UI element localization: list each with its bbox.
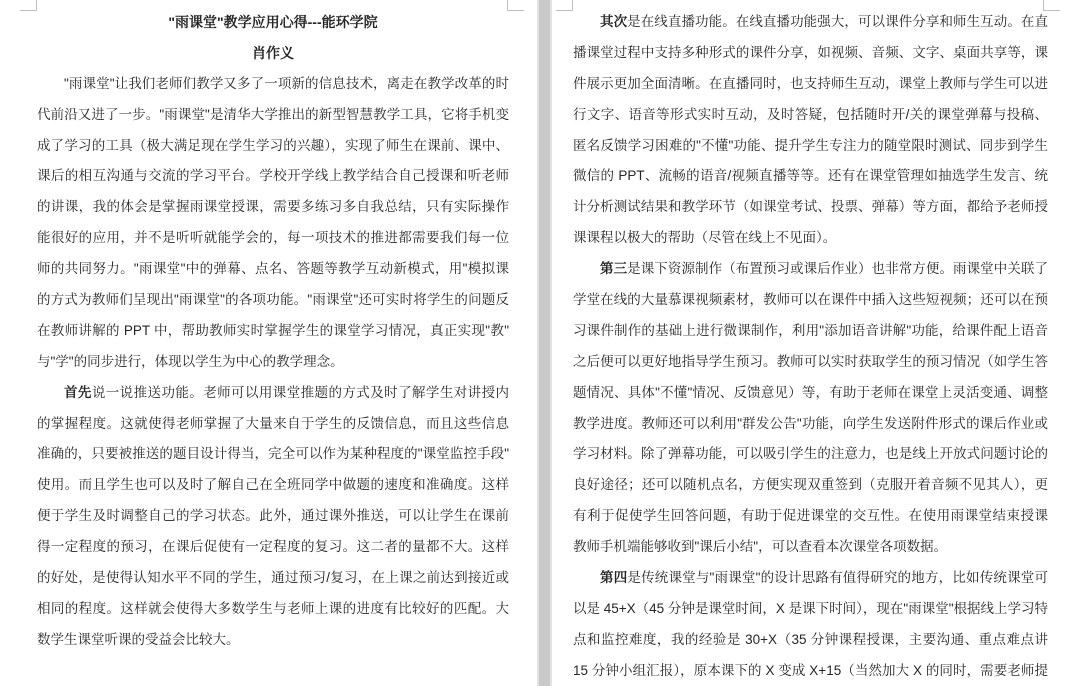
text-line: 的方式为教师们呈现出"雨课堂"的各项功能。"雨课堂"还可实时将学生的问题反馈 [37,285,509,316]
text-line: 数学生课堂听课的受益会比较大。 [37,625,509,656]
text-line: 15 分钟小组汇报），原本课下的 X 变成 X+15（当然加大 X 的同时，需要… [573,656,1048,686]
page-1: "雨课堂"教学应用心得---能环学院 肖作义 "雨课堂"让我们老师们教学又多了一… [0,0,537,686]
text-line: 以是 45+X（45 分钟是课堂时间，X 是课下时间），现在"雨课堂"根据线上学… [573,594,1048,625]
text-line: 的好处，是使得认知水平不同的学生，通过预习/复习，在上课之前达到接近或 [37,563,509,594]
text-line: 良好途径；还可以随机点名，方便实现双重签到（克服开着音频不见其人），更 [573,470,1048,501]
text-line: 准确的，只要被推送的题目设计得当，完全可以作为某种程度的"课堂监控手段" [37,439,509,470]
text-line: 之后便可以更好地指导学生预习。教师可以实时获取学生的预习情况（如学生答 [573,347,1048,378]
text-line: 行文字、语音等形式实时互动，及时答疑，包括随时开/关的课堂弹幕与投稿、 [573,100,1048,131]
text-line: 习课件制作的基础上进行微课制作，利用"添加语音讲解"功能，给课件配上语音 [573,316,1048,347]
text-line: 计分析测试结果和教学环节（如课堂考试、投票、弹幕）等方面，都给予老师授 [573,192,1048,223]
text-line: 首先说一说推送功能。老师可以用课堂推题的方式及时了解学生对讲授内容 [37,378,509,409]
text-line: 第四是传统课堂与"雨课堂"的设计思路有值得研究的地方，比如传统课堂可 [573,563,1048,594]
page-2: 其次是在线直播功能。在线直播功能强大，可以课件分享和师生互动。在直播课堂过程中支… [552,0,1080,686]
author-name: 肖作义 [37,38,509,69]
margin-crop-mark [20,0,37,11]
paragraph-lead: 首先 [64,385,92,400]
paragraph-lead: 第三 [600,261,627,276]
document-view: "雨课堂"教学应用心得---能环学院 肖作义 "雨课堂"让我们老师们教学又多了一… [0,0,1080,686]
text-line: 得一定程度的预习，在课后促使有一定程度的复习。这二者的量都不大。这样做 [37,532,509,563]
text-line: 题情况、具体"不懂"情况、反馈意见）等，有助于老师在课堂上灵活变通、调整 [573,378,1048,409]
page-2-content: 其次是在线直播功能。在线直播功能强大，可以课件分享和师生互动。在直播课堂过程中支… [573,7,1048,686]
margin-crop-mark [507,0,524,11]
text-line: 教师手机端能够收到"课后小结"，可以查看本次课堂各项数据。 [573,532,1048,563]
text-line: 学习材料。除了弹幕功能，可以吸引学生的注意力，也是线上开放式问题讨论的 [573,439,1048,470]
paragraph-lead: 其次 [600,14,627,29]
text-line: 成了学习的工具（极大满足现在学生学习的兴趣），实现了师生在课前、课中、 [37,131,509,162]
text-line: 的掌握程度。这就使得老师掌握了大量来自于学生的反馈信息，而且这些信息是 [37,409,509,440]
text-line: 学堂在线的大量慕课视频素材，教师可以在课件中插入这些短视频；还可以在预 [573,285,1048,316]
text-line: 师的共同努力。"雨课堂"中的弹幕、点名、答题等教学互动新模式，用"模拟课堂" [37,254,509,285]
text-line: 便于学生及时调整自己的学习状态。此外，通过课外推送，可以让学生在课前获 [37,501,509,532]
paragraph-lead: 第四 [600,570,627,585]
text-line: 课后的相互沟通与交流的学习平台。学校开学线上教学结合自己授课和听老师们 [37,161,509,192]
text-line: 第三是课下资源制作（布置预习或课后作业）也非常方便。雨课堂中关联了 [573,254,1048,285]
text-line: 与"学"的同步进行，体现以学生为中心的教学理念。 [37,347,509,378]
text-line: 有利于促使学生回答问题，有助于促进课堂的交互性。在使用雨课堂结束授课后， [573,501,1048,532]
text-line: 的讲课，我的体会是掌握雨课堂授课，需要多练习多自我总结，只有实际操作才 [37,192,509,223]
text-line: 使用。而且学生也可以及时了解自己在全班同学中做题的速度和准确度。这样也 [37,470,509,501]
text-line: 匿名反馈学习困难的"不懂"功能、提升学生专注力的随堂限时测试、同步到学生 [573,131,1048,162]
page-1-content: "雨课堂"教学应用心得---能环学院 肖作义 "雨课堂"让我们老师们教学又多了一… [37,7,509,656]
text-line: 微信的 PPT、流畅的语音/视频直播等等。还有在课堂管理如抽选学生发言、统 [573,161,1048,192]
text-line: 播课堂过程中支持多种形式的课件分享，如视频、音频、文字、桌面共享等，课 [573,38,1048,69]
text-line: 教学进度。教师还可以利用"群发公告"功能，向学生发送附件形式的课后作业或 [573,409,1048,440]
text-line: 点和监控难度，我的经验是 30+X（35 分钟课程授课，主要沟通、重点难点讲解， [573,625,1048,656]
document-title: "雨课堂"教学应用心得---能环学院 [37,7,509,38]
page-gap-divider [537,0,552,686]
text-line: 其次是在线直播功能。在线直播功能强大，可以课件分享和师生互动。在直 [573,7,1048,38]
text-line: 件展示更加全面清晰。在直播同时，也支持师生互动，课堂上教师与学生可以进 [573,69,1048,100]
margin-crop-mark [556,0,573,11]
text-line: 课课程以极大的帮助（尽管在线上不见面）。 [573,223,1048,254]
text-line: 能很好的应用，并不是听听就能学会的，每一项技术的推进都需要我们每一位老 [37,223,509,254]
text-line: 代前沿又进了一步。"雨课堂"是清华大学推出的新型智慧教学工具，它将手机变 [37,100,509,131]
text-line: "雨课堂"让我们老师们教学又多了一项新的信息技术，离走在教学改革的时 [37,69,509,100]
text-line: 在教师讲解的 PPT 中，帮助教师实时掌握学生的课堂学习情况，真正实现"教" [37,316,509,347]
text-line: 相同的程度。这样就会使得大多数学生与老师上课的进度有比较好的匹配。大多 [37,594,509,625]
